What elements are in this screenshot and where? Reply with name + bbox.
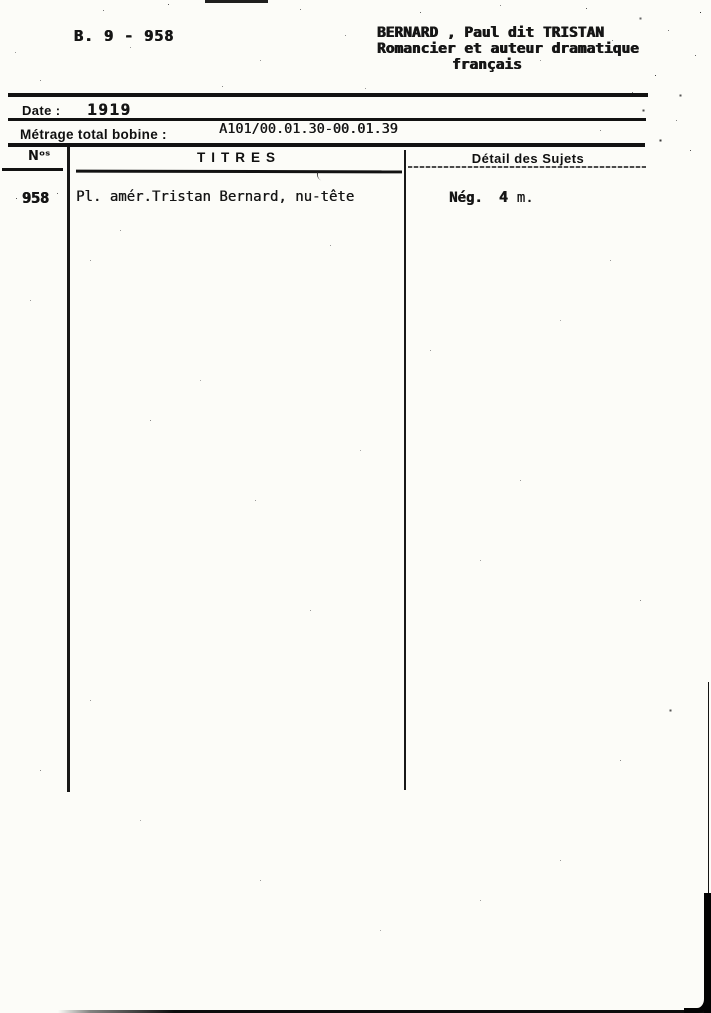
column-header-titles: TITRES	[76, 150, 402, 165]
rule-below-metrage	[8, 143, 645, 147]
table-row-detail: Nég.4m.	[449, 188, 534, 206]
metrage-label: Métrage total bobine :	[20, 127, 167, 142]
column-separator-num-titles	[67, 147, 70, 792]
rule-above-date	[8, 93, 648, 97]
titres-header-underline	[76, 170, 402, 174]
person-nationality: français	[452, 57, 522, 73]
scan-edge-top	[205, 0, 268, 3]
scan-noise	[0, 0, 1, 1]
details-header-underline	[408, 166, 646, 168]
scan-edge-bottom	[58, 1010, 704, 1013]
column-separator-titles-details	[404, 150, 406, 790]
scan-edge-right-thin	[708, 682, 710, 897]
detail-length-value: 4	[499, 188, 508, 206]
card-reference: B. 9 - 958	[74, 27, 174, 45]
table-row-title: Pl. amér.Tristan Bernard, nu-tête	[76, 189, 354, 205]
table-row-num: 958	[22, 189, 49, 207]
num-header-underline	[2, 168, 63, 171]
date-label: Date :	[22, 103, 61, 118]
metrage-value: A101/00.01.30-00.01.39	[219, 121, 398, 137]
person-name: BERNARD , Paul dit TRISTAN	[377, 25, 604, 41]
detail-length-unit: m.	[517, 190, 534, 206]
column-header-details: Détail des Sujets	[408, 151, 648, 166]
scan-edge-corner	[684, 980, 711, 1013]
column-header-num: Nᵒˢ	[28, 149, 50, 164]
date-value: 1919	[87, 100, 132, 119]
index-card: B. 9 - 958 BERNARD , Paul dit TRISTAN Ro…	[0, 0, 711, 1013]
detail-negative-label: Nég.	[449, 190, 483, 206]
stray-pen-mark	[315, 172, 325, 181]
person-role: Romancier et auteur dramatique	[377, 41, 639, 57]
